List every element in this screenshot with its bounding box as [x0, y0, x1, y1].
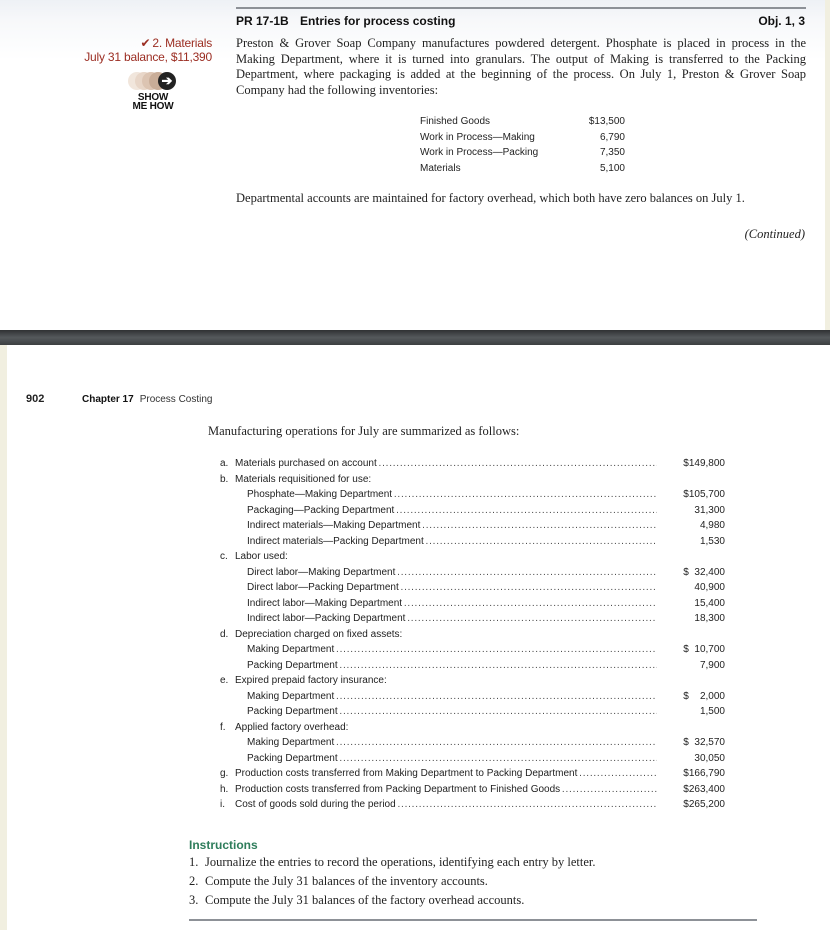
operation-letter: h.: [220, 782, 235, 798]
operation-label: Indirect labor—Making Department: [247, 598, 402, 609]
inventory-amount: 7,350: [600, 145, 625, 161]
running-header: Chapter 17Process Costing: [82, 394, 213, 405]
instruction-text: Journalize the entries to record the ope…: [205, 855, 596, 869]
inventory-account: Materials: [420, 161, 461, 177]
chapter-label: Chapter 17: [82, 394, 134, 405]
operation-label: Direct labor—Making Department: [247, 567, 395, 578]
operation-row: b.Materials requisitioned for use:: [220, 472, 730, 488]
operation-amount: 1,500: [700, 704, 725, 720]
top-rule: [236, 7, 806, 9]
page-divider: [0, 330, 830, 345]
instruction-item: 3.Compute the July 31 balances of the fa…: [189, 892, 596, 911]
operation-row: c.Labor used:: [220, 549, 730, 565]
operation-label: Applied factory overhead:: [235, 722, 348, 733]
operation-amount: $ 32,400: [683, 565, 725, 581]
operation-row: i.Cost of goods sold during the period$2…: [220, 797, 730, 813]
operation-text: Indirect labor—Packing Department: [220, 611, 657, 627]
inventory-row: Work in Process—Packing7,350: [420, 145, 625, 161]
operation-text: Packing Department: [220, 751, 657, 767]
operation-row: Packaging—Packing Department31,300: [220, 503, 730, 519]
operation-amount: 15,400: [694, 596, 725, 612]
operation-label: Materials purchased on account: [235, 458, 377, 469]
inventory-account: Finished Goods: [420, 114, 490, 130]
operation-text: g.Production costs transferred from Maki…: [220, 766, 657, 782]
hint-line-1: 2. Materials: [152, 36, 212, 50]
operation-text: a.Materials purchased on account: [220, 456, 657, 472]
operation-letter: c.: [220, 549, 235, 565]
operation-label: Packaging—Packing Department: [247, 505, 394, 516]
operation-text: Indirect labor—Making Department: [220, 596, 657, 612]
instructions-list: 1.Journalize the entries to record the o…: [189, 854, 596, 911]
instruction-number: 1.: [189, 854, 205, 871]
operation-row: Making Department$ 32,570: [220, 735, 730, 751]
operation-row: Indirect labor—Making Department15,400: [220, 596, 730, 612]
operation-amount: $149,800: [683, 456, 725, 472]
show-me-how-graphic: ➔: [128, 72, 178, 90]
operation-row: Making Department$ 2,000: [220, 689, 730, 705]
operation-row: Direct labor—Making Department$ 32,400: [220, 565, 730, 581]
operation-row: Packing Department1,500: [220, 704, 730, 720]
operation-text: e.Expired prepaid factory insurance:: [220, 673, 657, 689]
operation-label: Materials requisitioned for use:: [235, 474, 371, 485]
operation-row: Direct labor—Packing Department40,900: [220, 580, 730, 596]
operation-amount: $105,700: [683, 487, 725, 503]
bottom-rule: [189, 919, 757, 921]
operation-amount: $166,790: [683, 766, 725, 782]
problem-intro: Preston & Grover Soap Company manufactur…: [236, 36, 806, 98]
operations-list: a.Materials purchased on account$149,800…: [220, 456, 730, 813]
operation-label: Labor used:: [235, 551, 288, 562]
operation-row: h.Production costs transferred from Pack…: [220, 782, 730, 798]
objectives: Obj. 1, 3: [758, 14, 805, 28]
problem-title: Entries for process costing: [300, 14, 455, 28]
inventory-amount: 6,790: [600, 130, 625, 146]
operation-text: Indirect materials—Packing Department: [220, 534, 657, 550]
operation-amount: 4,980: [700, 518, 725, 534]
operation-text: Packaging—Packing Department: [220, 503, 657, 519]
operation-row: Indirect labor—Packing Department18,300: [220, 611, 730, 627]
inventory-amount: 5,100: [600, 161, 625, 177]
page-number: 902: [26, 393, 44, 405]
operation-label: Production costs transferred from Making…: [235, 768, 577, 779]
operation-letter: f.: [220, 720, 235, 736]
operation-row: f.Applied factory overhead:: [220, 720, 730, 736]
instruction-number: 2.: [189, 873, 205, 890]
operation-amount: $ 10,700: [683, 642, 725, 658]
operation-row: d.Depreciation charged on fixed assets:: [220, 627, 730, 643]
operation-letter: e.: [220, 673, 235, 689]
operation-letter: a.: [220, 456, 235, 472]
operation-amount: 30,050: [694, 751, 725, 767]
operation-label: Packing Department: [247, 660, 338, 671]
inventory-row: Materials5,100: [420, 161, 625, 177]
operation-label: Packing Department: [247, 706, 338, 717]
operation-amount: 31,300: [694, 503, 725, 519]
inventory-row: Work in Process—Making6,790: [420, 130, 625, 146]
instruction-text: Compute the July 31 balances of the fact…: [205, 893, 524, 907]
operation-label: Indirect materials—Making Department: [247, 520, 420, 531]
operation-row: Packing Department30,050: [220, 751, 730, 767]
operation-amount: 18,300: [694, 611, 725, 627]
operation-row: Packing Department7,900: [220, 658, 730, 674]
operation-row: g.Production costs transferred from Maki…: [220, 766, 730, 782]
operation-row: Phosphate—Making Department$105,700: [220, 487, 730, 503]
problem-number: PR 17-1B: [236, 14, 289, 28]
inventory-row: Finished Goods$13,500: [420, 114, 625, 130]
operation-text: Direct labor—Packing Department: [220, 580, 657, 596]
operation-letter: d.: [220, 627, 235, 643]
operation-text: c.Labor used:: [220, 549, 657, 565]
operation-label: Phosphate—Making Department: [247, 489, 392, 500]
operation-label: Making Department: [247, 691, 334, 702]
operation-amount: $ 32,570: [683, 735, 725, 751]
inventory-account: Work in Process—Making: [420, 130, 535, 146]
problem-heading: PR 17-1B Entries for process costing: [236, 14, 455, 28]
operation-text: Making Department: [220, 735, 657, 751]
operation-text: Direct labor—Making Department: [220, 565, 657, 581]
operation-text: Making Department: [220, 689, 657, 705]
operations-intro: Manufacturing operations for July are su…: [208, 424, 519, 439]
operation-text: Indirect materials—Making Department: [220, 518, 657, 534]
operation-amount: 7,900: [700, 658, 725, 674]
operation-text: Making Department: [220, 642, 657, 658]
operation-text: b.Materials requisitioned for use:: [220, 472, 657, 488]
operation-label: Cost of goods sold during the period: [235, 799, 396, 810]
instruction-item: 1.Journalize the entries to record the o…: [189, 854, 596, 873]
show-me-how-button[interactable]: ➔ SHOW ME HOW: [128, 72, 178, 111]
operation-row: e.Expired prepaid factory insurance:: [220, 673, 730, 689]
operation-text: Packing Department: [220, 704, 657, 720]
instruction-item: 2.Compute the July 31 balances of the in…: [189, 873, 596, 892]
operation-row: Indirect materials—Making Department4,98…: [220, 518, 730, 534]
hint-line-2: July 31 balance, $11,390: [60, 50, 212, 64]
operation-label: Production costs transferred from Packin…: [235, 784, 560, 795]
operation-text: h.Production costs transferred from Pack…: [220, 782, 657, 798]
operation-letter: b.: [220, 472, 235, 488]
inventory-account: Work in Process—Packing: [420, 145, 538, 161]
operation-label: Making Department: [247, 737, 334, 748]
operation-letter: i.: [220, 797, 235, 813]
operation-row: a.Materials purchased on account$149,800: [220, 456, 730, 472]
checkmark-icon: ✔: [141, 36, 151, 50]
inventory-amount: $13,500: [589, 114, 625, 130]
operation-letter: g.: [220, 766, 235, 782]
inventory-table: Finished Goods$13,500 Work in Process—Ma…: [420, 114, 625, 176]
operation-label: Packing Department: [247, 753, 338, 764]
operation-row: Indirect materials—Packing Department1,5…: [220, 534, 730, 550]
operation-text: d.Depreciation charged on fixed assets:: [220, 627, 657, 643]
operation-row: Making Department$ 10,700: [220, 642, 730, 658]
operation-amount: $ 2,000: [683, 689, 725, 705]
operation-text: f.Applied factory overhead:: [220, 720, 657, 736]
operation-text: i.Cost of goods sold during the period: [220, 797, 657, 813]
operation-amount: $263,400: [683, 782, 725, 798]
instruction-number: 3.: [189, 892, 205, 909]
operation-label: Indirect labor—Packing Department: [247, 613, 405, 624]
answer-hint: ✔2. Materials July 31 balance, $11,390: [60, 36, 212, 64]
operation-label: Expired prepaid factory insurance:: [235, 675, 387, 686]
operation-amount: $265,200: [683, 797, 725, 813]
continued-label: (Continued): [745, 227, 805, 242]
operation-text: Packing Department: [220, 658, 657, 674]
top-page: ✔2. Materials July 31 balance, $11,390 ➔…: [0, 0, 830, 330]
chapter-title: Process Costing: [140, 394, 213, 405]
show-me-how-label-2: ME HOW: [128, 102, 178, 111]
instruction-text: Compute the July 31 balances of the inve…: [205, 874, 488, 888]
operation-label: Making Department: [247, 644, 334, 655]
page-edge: [0, 345, 7, 930]
operation-label: Depreciation charged on fixed assets:: [235, 629, 402, 640]
page-edge: [825, 0, 830, 330]
operation-amount: 1,530: [700, 534, 725, 550]
arrow-right-circle-icon: ➔: [158, 72, 176, 90]
operation-label: Indirect materials—Packing Department: [247, 536, 424, 547]
operation-amount: 40,900: [694, 580, 725, 596]
operation-text: Phosphate—Making Department: [220, 487, 657, 503]
operation-label: Direct labor—Packing Department: [247, 582, 399, 593]
instructions-title: Instructions: [189, 838, 258, 852]
overhead-note: Departmental accounts are maintained for…: [236, 191, 806, 207]
